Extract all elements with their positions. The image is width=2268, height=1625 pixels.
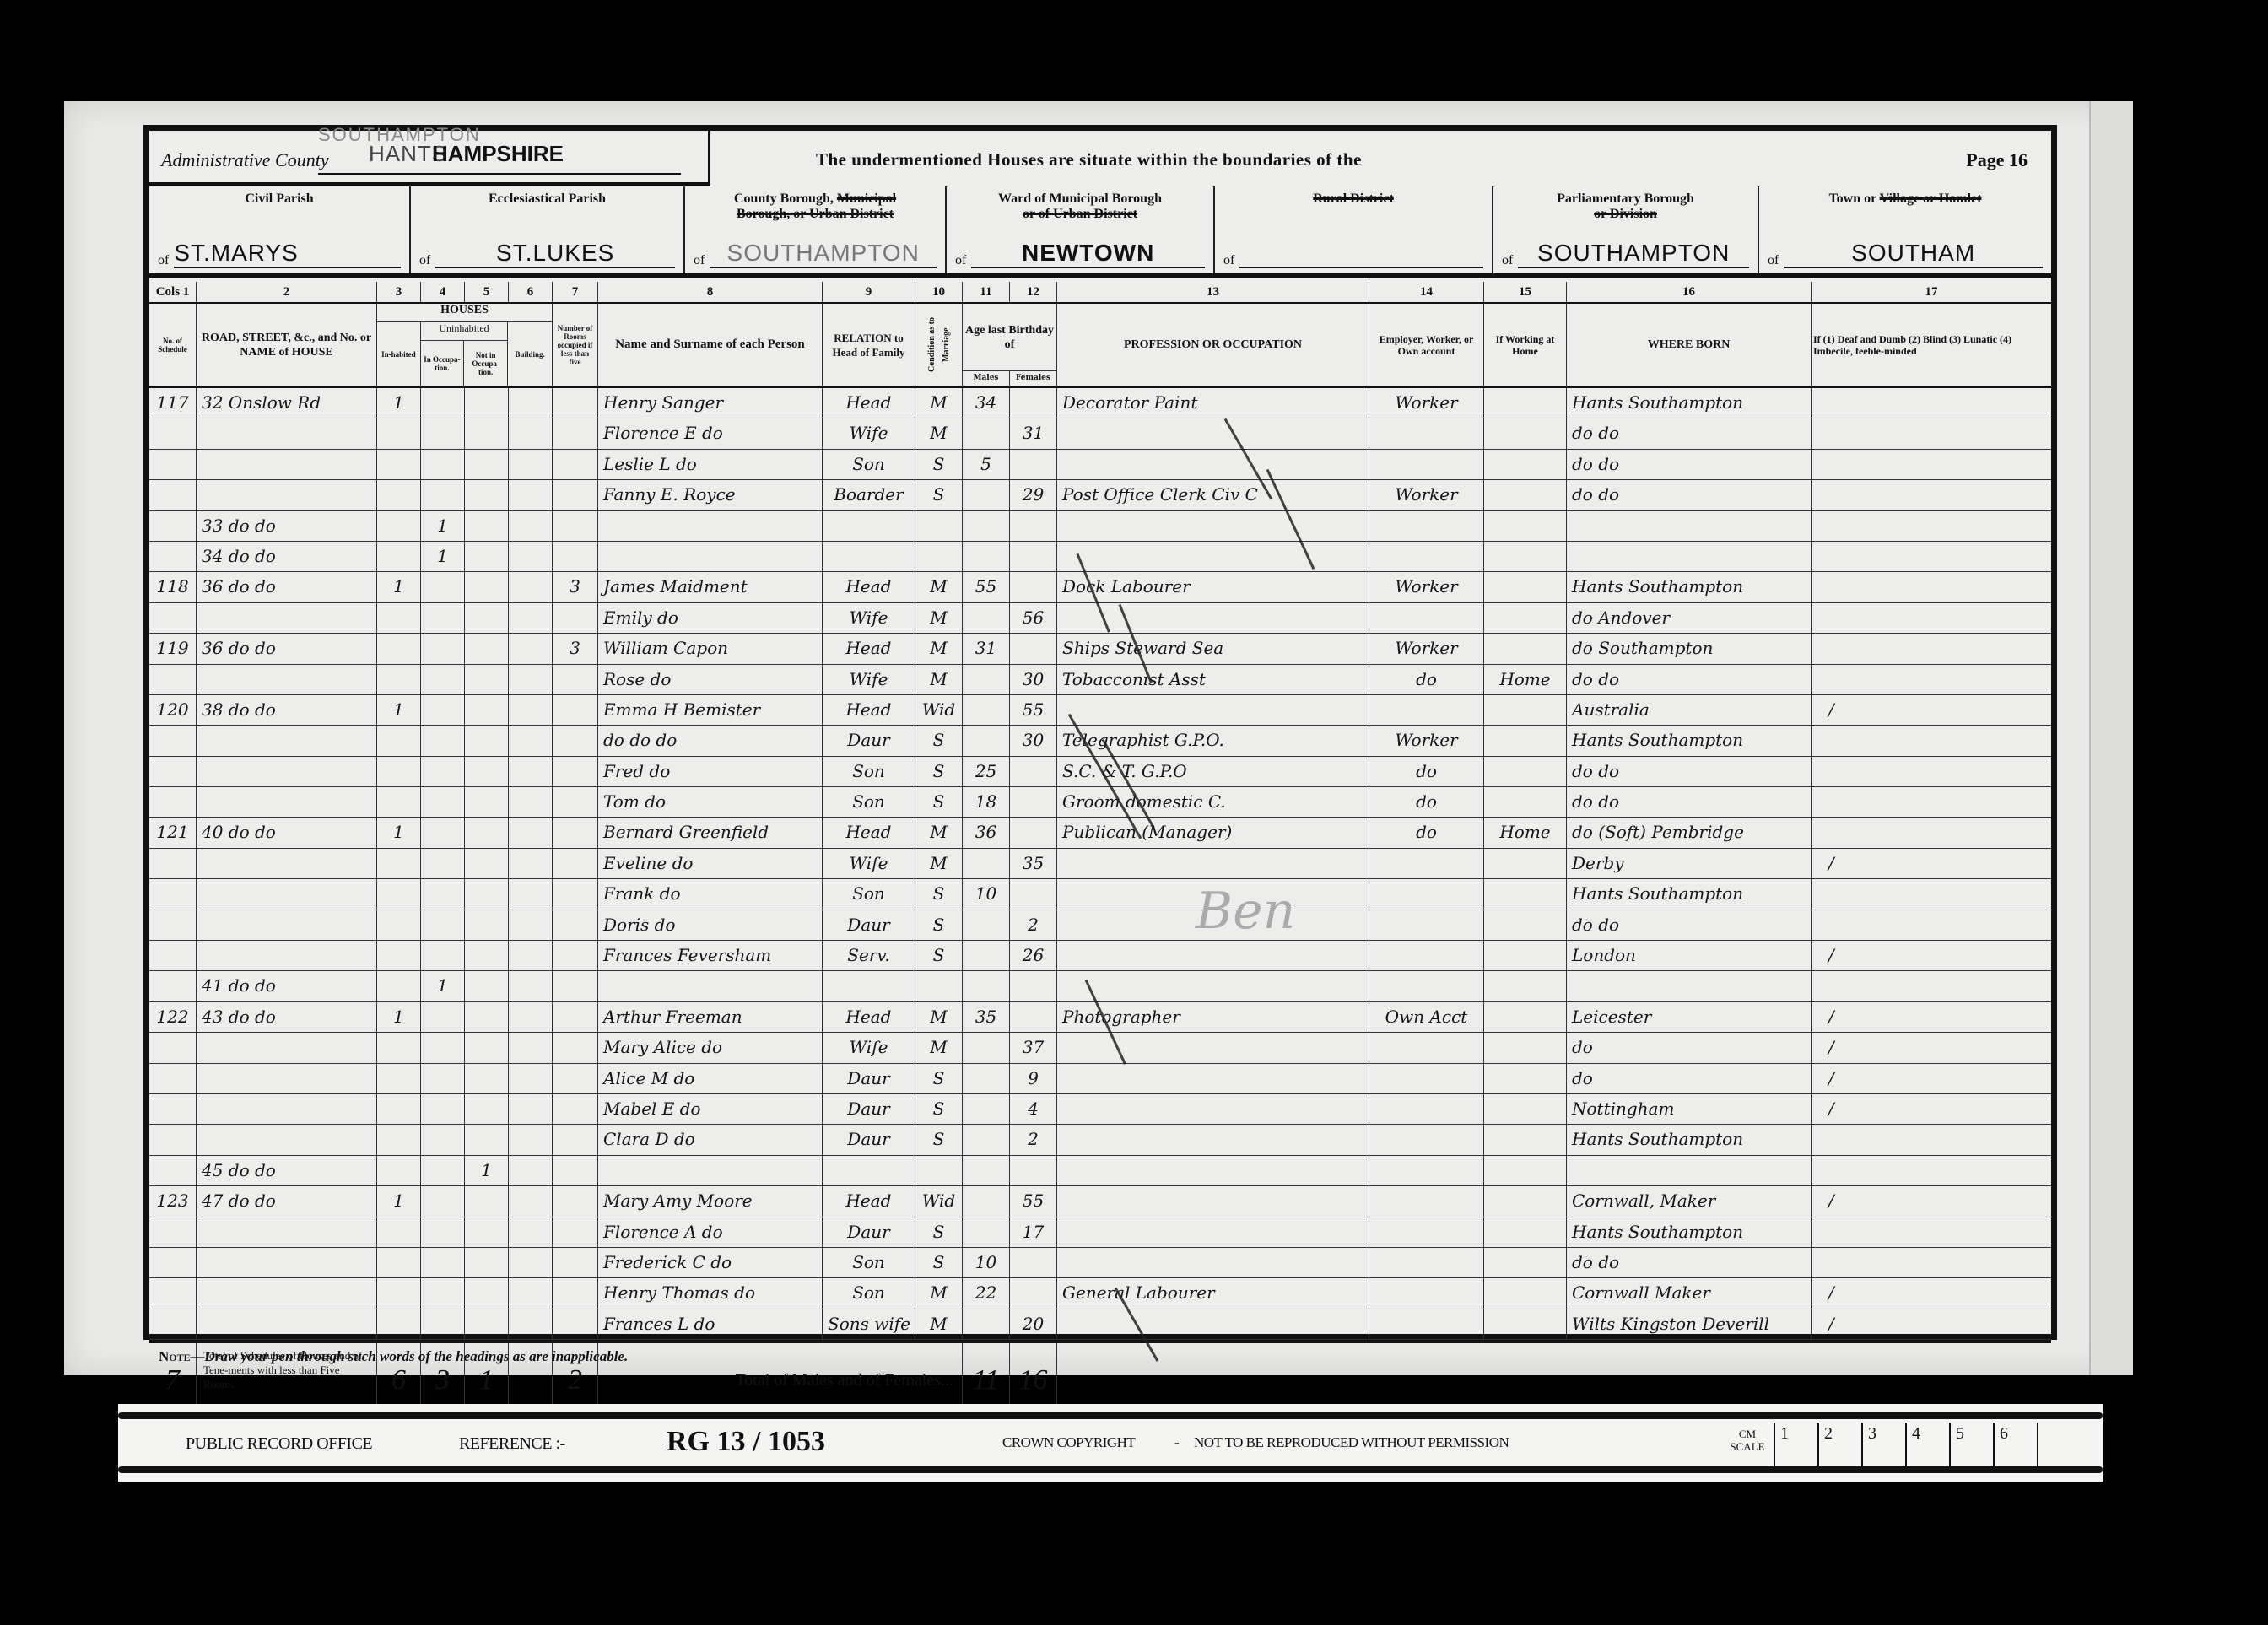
relation-cell: Head: [823, 388, 915, 418]
employment-status-cell: [1369, 1278, 1484, 1308]
birthplace-cell: Hants Southampton: [1567, 1125, 1812, 1154]
in-occupation-cell: [421, 879, 465, 909]
building-cell: [509, 1125, 553, 1154]
header-name: Name and Surname of each Person: [598, 304, 823, 386]
infirmity-cell: [1812, 480, 2051, 510]
of-label: of: [955, 253, 966, 268]
occupation-cell: Publican (Manager): [1057, 818, 1369, 847]
condition-cell: S: [915, 1094, 963, 1124]
building-cell: [509, 450, 553, 479]
label-part: Parliamentary Borough: [1557, 192, 1694, 206]
person-name-cell: Emily do: [598, 603, 823, 633]
building-cell: [509, 388, 553, 418]
age-female-cell: [1010, 542, 1057, 571]
birthplace-cell: do do: [1567, 450, 1812, 479]
working-at-home-cell: [1484, 603, 1567, 633]
infirmity-cell: [1812, 603, 2051, 633]
schedule-no-cell: [149, 1309, 197, 1339]
header-houses-group: HOUSES In-habited Uninhabited In Occupa-…: [377, 304, 553, 386]
parliamentary-borough-field: Parliamentary Boroughor Division ofSOUTH…: [1493, 186, 1759, 273]
not-in-occupation-cell: [465, 603, 509, 633]
label-part: Ward of Municipal Borough: [998, 192, 1162, 206]
occupation-cell: Decorator Paint: [1057, 388, 1369, 418]
person-name-cell: Tom do: [598, 787, 823, 817]
building-cell: [509, 1002, 553, 1032]
inhabited-cell: 1: [377, 1186, 421, 1216]
employment-status-cell: [1369, 450, 1484, 479]
relation-cell: Son: [823, 1278, 915, 1308]
rooms-cell: [553, 726, 598, 755]
occupation-cell: Tobacconist Asst: [1057, 665, 1369, 694]
age-male-cell: [963, 695, 1010, 725]
of-label: of: [1502, 253, 1513, 268]
label-struck: Borough, or Urban District: [737, 207, 894, 221]
page-number: Page 16: [1966, 149, 2028, 171]
infirmity-cell: /: [1812, 1094, 2051, 1124]
occupation-cell: [1057, 1186, 1369, 1216]
schedule-no-cell: [149, 480, 197, 510]
birthplace-cell: Hants Southampton: [1567, 1217, 1812, 1247]
building-cell: [509, 603, 553, 633]
age-female-cell: 55: [1010, 695, 1057, 725]
rooms-cell: [553, 1094, 598, 1124]
address-cell: 38 do do: [197, 695, 377, 725]
area-label: Parliamentary Boroughor Division: [1498, 192, 1752, 222]
infirmity-cell: [1812, 665, 2051, 694]
town-field: Town or Village or Hamlet ofSOUTHAM: [1759, 186, 2051, 273]
table-row: 11936 do do3William CaponHeadM31Ships St…: [149, 634, 2051, 664]
schedule-no-cell: [149, 726, 197, 755]
rooms-cell: [553, 1186, 598, 1216]
inhabited-cell: [377, 1278, 421, 1308]
working-at-home-cell: Home: [1484, 818, 1567, 847]
col-num: 15: [1484, 282, 1567, 302]
age-female-cell: 4: [1010, 1094, 1057, 1124]
table-row: Frank doSonS10Hants Southampton: [149, 879, 2051, 910]
condition-cell: M: [915, 418, 963, 448]
schedule-no-cell: [149, 1094, 197, 1124]
age-male-cell: [963, 1186, 1010, 1216]
working-at-home-cell: [1484, 849, 1567, 878]
table-row: Mary Alice doWifeM37do/: [149, 1033, 2051, 1063]
table-row: 34 do do1: [149, 542, 2051, 572]
age-male-cell: [963, 1094, 1010, 1124]
person-name-cell: Fanny E. Royce: [598, 480, 823, 510]
working-at-home-cell: [1484, 1125, 1567, 1154]
age-female-cell: 17: [1010, 1217, 1057, 1247]
employment-status-cell: [1369, 910, 1484, 940]
in-occupation-cell: 1: [421, 542, 465, 571]
area-label: Rural District: [1220, 192, 1487, 207]
not-in-occupation-cell: [465, 1309, 509, 1339]
building-cell: [509, 849, 553, 878]
rooms-cell: [553, 388, 598, 418]
infirmity-cell: [1812, 1217, 2051, 1247]
age-female-cell: 30: [1010, 665, 1057, 694]
inhabited-cell: [377, 450, 421, 479]
table-row: 11836 do do13James MaidmentHeadM55Dock L…: [149, 572, 2051, 602]
condition-cell: [915, 511, 963, 541]
area-label: Civil Parish: [154, 192, 404, 207]
rooms-cell: [553, 418, 598, 448]
rooms-cell: [553, 665, 598, 694]
header-in-occupation: In Occupa-tion.: [421, 341, 464, 386]
age-male-cell: [963, 511, 1010, 541]
employment-status-cell: [1369, 1033, 1484, 1062]
schedule-no-cell: [149, 418, 197, 448]
condition-cell: M: [915, 849, 963, 878]
occupation-cell: [1057, 511, 1369, 541]
admin-county-field: SOUTHAMPTON HANTS HAMPSHIRE: [318, 139, 681, 175]
relation-cell: Head: [823, 634, 915, 663]
relation-cell: Wife: [823, 849, 915, 878]
infirmity-cell: /: [1812, 1002, 2051, 1032]
employment-status-cell: [1369, 849, 1484, 878]
schedule-no-cell: [149, 757, 197, 786]
of-label: of: [419, 253, 430, 268]
working-at-home-cell: [1484, 388, 1567, 418]
condition-cell: Wid: [915, 695, 963, 725]
in-occupation-cell: [421, 388, 465, 418]
building-cell: [509, 1094, 553, 1124]
working-at-home-cell: [1484, 1002, 1567, 1032]
not-in-occupation-cell: [465, 418, 509, 448]
infirmity-cell: [1812, 450, 2051, 479]
faint-pencil-annotation: Ben: [1196, 882, 1295, 941]
address-cell: [197, 603, 377, 633]
not-in-occupation-cell: [465, 634, 509, 663]
building-cell: [509, 1278, 553, 1308]
permission-notice: NOT TO BE REPRODUCED WITHOUT PERMISSION: [1194, 1434, 1509, 1451]
address-cell: [197, 480, 377, 510]
address-cell: 36 do do: [197, 572, 377, 602]
occupation-cell: [1057, 971, 1369, 1001]
age-female-cell: [1010, 1278, 1057, 1308]
building-cell: [509, 572, 553, 602]
header-uninhabited: Uninhabited In Occupa-tion. Not in Occup…: [421, 322, 508, 386]
building-cell: [509, 1217, 553, 1247]
age-female-cell: 29: [1010, 480, 1057, 510]
age-female-cell: [1010, 450, 1057, 479]
headline: The undermentioned Houses are situate wi…: [816, 149, 1362, 170]
person-name-cell: Frances Feversham: [598, 941, 823, 970]
not-in-occupation-cell: [465, 726, 509, 755]
infirmity-cell: /: [1812, 941, 2051, 970]
inhabited-cell: [377, 726, 421, 755]
infirmity-cell: [1812, 511, 2051, 541]
condition-cell: M: [915, 1309, 963, 1339]
employment-status-cell: [1369, 971, 1484, 1001]
employment-status-cell: do: [1369, 757, 1484, 786]
in-occupation-cell: [421, 634, 465, 663]
inhabited-cell: [377, 511, 421, 541]
inhabited-cell: [377, 849, 421, 878]
infirmity-cell: [1812, 971, 2051, 1001]
relation-cell: Daur: [823, 1094, 915, 1124]
age-female-cell: 30: [1010, 726, 1057, 755]
rooms-cell: [553, 849, 598, 878]
person-name-cell: Frederick C do: [598, 1248, 823, 1277]
table-row: Leslie L doSonS5do do: [149, 450, 2051, 480]
infirmity-cell: [1812, 1125, 2051, 1154]
person-name-cell: Florence A do: [598, 1217, 823, 1247]
town-value: SOUTHAM: [1784, 240, 2043, 268]
rooms-cell: [553, 603, 598, 633]
birthplace-cell: London: [1567, 941, 1812, 970]
address-cell: [197, 726, 377, 755]
inhabited-cell: 1: [377, 818, 421, 847]
person-name-cell: Clara D do: [598, 1125, 823, 1154]
relation-cell: [823, 511, 915, 541]
infirmity-cell: [1812, 634, 2051, 663]
building-cell: [509, 480, 553, 510]
not-in-occupation-cell: [465, 941, 509, 970]
not-in-occupation-cell: [465, 542, 509, 571]
working-at-home-cell: [1484, 511, 1567, 541]
in-occupation-cell: [421, 1156, 465, 1185]
col-num: 10: [915, 282, 963, 302]
in-occupation-cell: [421, 1309, 465, 1339]
scale-mark: [2037, 1423, 2121, 1468]
crown-copyright: CROWN COPYRIGHT: [1002, 1434, 1135, 1451]
scale-mark: 3: [1861, 1423, 1905, 1468]
col-num: 3: [377, 282, 421, 302]
schedule-no-cell: 122: [149, 1002, 197, 1032]
address-cell: 40 do do: [197, 818, 377, 847]
admin-county-value: HAMPSHIRE: [432, 141, 564, 167]
scale-mark: 1: [1774, 1423, 1817, 1468]
address-cell: 43 do do: [197, 1002, 377, 1032]
address-cell: 32 Onslow Rd: [197, 388, 377, 418]
age-female-cell: [1010, 787, 1057, 817]
age-female-cell: [1010, 971, 1057, 1001]
not-in-occupation-cell: [465, 1125, 509, 1154]
occupation-cell: [1057, 418, 1369, 448]
employment-status-cell: [1369, 941, 1484, 970]
relation-cell: Boarder: [823, 480, 915, 510]
age-male-cell: [963, 1033, 1010, 1062]
age-male-cell: [963, 1064, 1010, 1093]
condition-cell: S: [915, 1248, 963, 1277]
employment-status-cell: [1369, 603, 1484, 633]
age-male-cell: 31: [963, 634, 1010, 663]
employment-status-cell: [1369, 511, 1484, 541]
birthplace-cell: [1567, 511, 1812, 541]
birthplace-cell: do do: [1567, 665, 1812, 694]
age-male-cell: [963, 1309, 1010, 1339]
infirmity-cell: [1812, 388, 2051, 418]
age-male-cell: [963, 1217, 1010, 1247]
employment-status-cell: [1369, 1125, 1484, 1154]
age-female-cell: 37: [1010, 1033, 1057, 1062]
age-female-cell: [1010, 388, 1057, 418]
rooms-cell: [553, 910, 598, 940]
table-row: 11732 Onslow Rd1Henry SangerHeadM34Decor…: [149, 388, 2051, 418]
in-occupation-cell: [421, 1094, 465, 1124]
in-occupation-cell: [421, 1002, 465, 1032]
address-cell: [197, 665, 377, 694]
building-cell: [509, 542, 553, 571]
address-cell: 45 do do: [197, 1156, 377, 1185]
person-name-cell: Bernard Greenfield: [598, 818, 823, 847]
header-where-born: WHERE BORN: [1567, 304, 1812, 386]
in-occupation-cell: 1: [421, 511, 465, 541]
condition-cell: S: [915, 1125, 963, 1154]
employment-status-cell: Worker: [1369, 480, 1484, 510]
age-male-cell: 36: [963, 818, 1010, 847]
age-label: Age last Birthday of: [963, 304, 1056, 371]
col-num: 17: [1812, 282, 2051, 302]
cm-scale: CM SCALE 1 2 3 4 5 6: [1721, 1423, 2121, 1468]
employment-status-cell: [1369, 1186, 1484, 1216]
age-male-cell: 5: [963, 450, 1010, 479]
age-female-cell: 56: [1010, 603, 1057, 633]
address-cell: [197, 787, 377, 817]
condition-cell: M: [915, 1002, 963, 1032]
col-num: 8: [598, 282, 823, 302]
address-cell: [197, 849, 377, 878]
in-occupation-cell: [421, 480, 465, 510]
employment-status-cell: [1369, 695, 1484, 725]
condition-cell: Wid: [915, 1186, 963, 1216]
condition-cell: M: [915, 1033, 963, 1062]
relation-cell: Son: [823, 787, 915, 817]
condition-cell: S: [915, 1064, 963, 1093]
age-male-cell: 25: [963, 757, 1010, 786]
address-cell: [197, 910, 377, 940]
employment-status-cell: Worker: [1369, 388, 1484, 418]
relation-cell: Son: [823, 879, 915, 909]
inhabited-cell: [377, 1217, 421, 1247]
birthplace-cell: Australia: [1567, 695, 1812, 725]
employment-status-cell: [1369, 418, 1484, 448]
age-male-cell: [963, 849, 1010, 878]
header-working-at-home: If Working at Home: [1484, 304, 1567, 386]
age-male-cell: 18: [963, 787, 1010, 817]
address-cell: 33 do do: [197, 511, 377, 541]
birthplace-cell: [1567, 1156, 1812, 1185]
address-cell: [197, 1094, 377, 1124]
not-in-occupation-cell: [465, 910, 509, 940]
age-male-cell: 10: [963, 879, 1010, 909]
infirmity-cell: /: [1812, 1033, 2051, 1062]
schedule-no-cell: 117: [149, 388, 197, 418]
employment-status-cell: Worker: [1369, 634, 1484, 663]
schedule-no-cell: 121: [149, 818, 197, 847]
birthplace-cell: do (Soft) Pembridge: [1567, 818, 1812, 847]
building-cell: [509, 971, 553, 1001]
person-name-cell: [598, 511, 823, 541]
col-num: Cols 1: [149, 282, 197, 302]
occupation-cell: General Labourer: [1057, 1278, 1369, 1308]
age-male-cell: [963, 480, 1010, 510]
administrative-county-box: Administrative County SOUTHAMPTON HANTS …: [149, 131, 710, 186]
working-at-home-cell: [1484, 1278, 1567, 1308]
infirmity-cell: [1812, 787, 2051, 817]
schedule-no-cell: [149, 665, 197, 694]
person-name-cell: Frank do: [598, 879, 823, 909]
age-male-cell: [963, 542, 1010, 571]
age-male-cell: 34: [963, 388, 1010, 418]
schedule-no-cell: [149, 941, 197, 970]
birthplace-cell: Leicester: [1567, 1002, 1812, 1032]
person-name-cell: Rose do: [598, 665, 823, 694]
age-male-cell: [963, 941, 1010, 970]
in-occupation-cell: [421, 665, 465, 694]
building-cell: [509, 1309, 553, 1339]
age-female-cell: 26: [1010, 941, 1057, 970]
working-at-home-cell: [1484, 1309, 1567, 1339]
address-cell: 34 do do: [197, 542, 377, 571]
working-at-home-cell: [1484, 1033, 1567, 1062]
county-borough-value: SOUTHAMPTON: [710, 240, 937, 268]
birthplace-cell: Nottingham: [1567, 1094, 1812, 1124]
occupation-cell: Dock Labourer: [1057, 572, 1369, 602]
occupation-cell: [1057, 450, 1369, 479]
working-at-home-cell: [1484, 1186, 1567, 1216]
not-in-occupation-cell: [465, 818, 509, 847]
building-cell: [509, 1064, 553, 1093]
birthplace-cell: Derby: [1567, 849, 1812, 878]
table-row: Florence A doDaurS17Hants Southampton: [149, 1217, 2051, 1248]
footnote: Note—Draw your pen through such words of…: [159, 1348, 628, 1365]
schedule-no-cell: [149, 879, 197, 909]
census-rows: 11732 Onslow Rd1Henry SangerHeadM34Decor…: [149, 388, 2051, 1340]
label-part: Town or: [1828, 192, 1876, 206]
building-cell: [509, 511, 553, 541]
rural-district-field: Rural District of: [1215, 186, 1493, 273]
relation-cell: Wife: [823, 1033, 915, 1062]
person-name-cell: William Capon: [598, 634, 823, 663]
working-at-home-cell: [1484, 418, 1567, 448]
working-at-home-cell: [1484, 634, 1567, 663]
building-cell: [509, 1186, 553, 1216]
rooms-cell: [553, 787, 598, 817]
col-num: 4: [421, 282, 465, 302]
inhabited-cell: [377, 1156, 421, 1185]
relation-cell: Head: [823, 1002, 915, 1032]
birthplace-cell: do Andover: [1567, 603, 1812, 633]
age-female-cell: 9: [1010, 1064, 1057, 1093]
males-label: Males: [963, 371, 1010, 386]
working-at-home-cell: [1484, 480, 1567, 510]
age-female-cell: 55: [1010, 1186, 1057, 1216]
relation-cell: Wife: [823, 603, 915, 633]
inhabited-cell: [377, 971, 421, 1001]
age-female-cell: [1010, 1002, 1057, 1032]
of-label: of: [694, 253, 705, 268]
infirmity-cell: /: [1812, 695, 2051, 725]
schedule-no-cell: [149, 1217, 197, 1247]
col-num: 16: [1567, 282, 1812, 302]
person-name-cell: Henry Thomas do: [598, 1278, 823, 1308]
scale-mark: 6: [1993, 1423, 2037, 1468]
in-occupation-cell: [421, 1217, 465, 1247]
condition-cell: M: [915, 572, 963, 602]
inhabited-cell: 1: [377, 388, 421, 418]
inhabited-cell: [377, 1064, 421, 1093]
birthplace-cell: do do: [1567, 480, 1812, 510]
working-at-home-cell: [1484, 450, 1567, 479]
footer-rule: [118, 1412, 2103, 1419]
inhabited-cell: [377, 418, 421, 448]
building-cell: [509, 1248, 553, 1277]
census-form: Administrative County SOUTHAMPTON HANTS …: [143, 125, 2057, 1340]
age-male-cell: [963, 665, 1010, 694]
table-row: 12140 do do1Bernard GreenfieldHeadM36Pub…: [149, 818, 2051, 848]
inhabited-cell: [377, 941, 421, 970]
schedule-no-cell: [149, 1033, 197, 1062]
